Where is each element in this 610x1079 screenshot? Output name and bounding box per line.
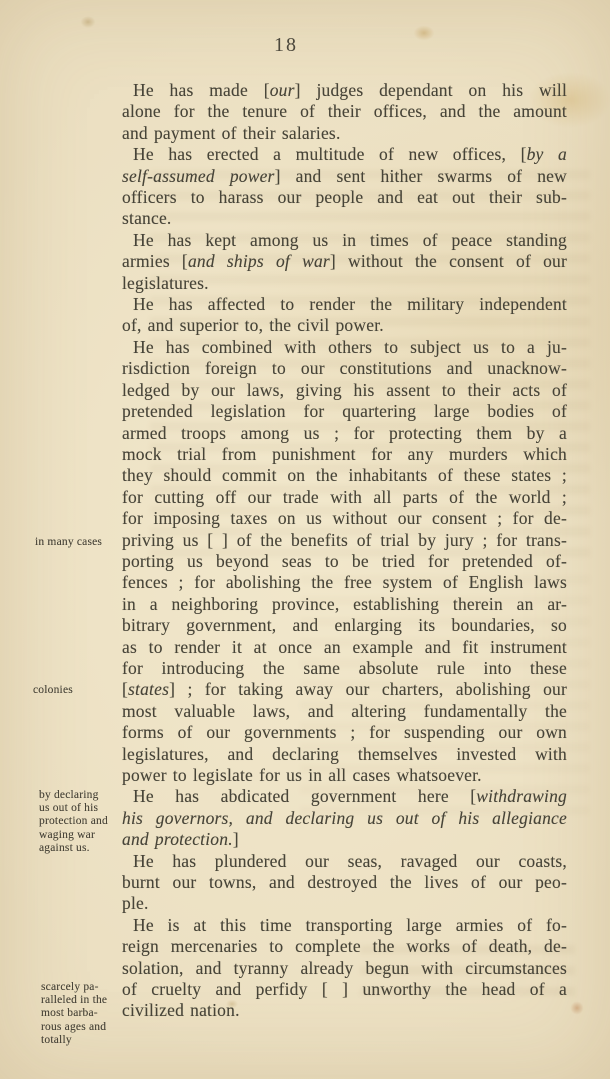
text-line: burnt our towns, and destroyed the lives… bbox=[122, 872, 567, 893]
margin-note-line: most barba- bbox=[41, 1007, 133, 1020]
text-line: power to legislate for us in all cases w… bbox=[122, 765, 567, 786]
text-line: mock trial from punishment for any murde… bbox=[122, 444, 567, 465]
text-line: civilized nation. bbox=[122, 1000, 567, 1021]
paragraph: He has made [our] judges dependant on hi… bbox=[122, 80, 567, 144]
margin-note-line: waging war bbox=[39, 829, 131, 842]
margin-note-line: in many cases bbox=[35, 536, 127, 549]
text-line: He has affected to render the military i… bbox=[122, 294, 567, 315]
scanned-book-page-screenshot: { "page": { "number": "18" }, "colors": … bbox=[0, 0, 610, 1079]
text-line: reign mercenaries to complete the works … bbox=[122, 936, 567, 957]
paragraph: He has combined with others to subject u… bbox=[122, 337, 567, 787]
text-line: stance. bbox=[122, 208, 567, 229]
paragraph: He has erected a multitude of new office… bbox=[122, 144, 567, 230]
text-line: self-assumed power] and sent hither swar… bbox=[122, 166, 567, 187]
margin-note-line: colonies bbox=[33, 684, 125, 697]
text-line: for introducing the same absolute rule i… bbox=[122, 658, 567, 679]
paragraph: He has abdicated government here [withdr… bbox=[122, 786, 567, 850]
paragraph: He is at this time transporting large ar… bbox=[122, 915, 567, 1022]
paragraph: He has affected to render the military i… bbox=[122, 294, 567, 337]
text-line: He has plundered our seas, ravaged our c… bbox=[122, 851, 567, 872]
text-line: armed troops among us ; for protecting t… bbox=[122, 423, 567, 444]
text-line: they should commit on the inhabitants of… bbox=[122, 465, 567, 486]
margin-note-line: totally bbox=[41, 1034, 133, 1047]
margin-note: in many cases bbox=[35, 536, 127, 549]
text-line: his governors, and declaring us out of h… bbox=[122, 808, 567, 829]
text-line: bitrary government, and enlarging its bo… bbox=[122, 615, 567, 636]
text-line: pretended legislation for quartering lar… bbox=[122, 401, 567, 422]
text-line: He has made [our] judges dependant on hi… bbox=[122, 80, 567, 101]
text-line: alone for the tenure of their offices, a… bbox=[122, 101, 567, 122]
margin-note-line: by declaring bbox=[39, 789, 131, 802]
text-line: solation, and tyranny already begun with… bbox=[122, 958, 567, 979]
paragraph: He has plundered our seas, ravaged our c… bbox=[122, 851, 567, 915]
text-line: He has combined with others to subject u… bbox=[122, 337, 567, 358]
text-line: most valuable laws, and altering fundame… bbox=[122, 701, 567, 722]
text-line: priving us [ ] of the benefits of trial … bbox=[122, 530, 567, 551]
text-line: He has kept among us in times of peace s… bbox=[122, 230, 567, 251]
text-line: legislatures, and declaring themselves i… bbox=[122, 744, 567, 765]
text-line: legislatures. bbox=[122, 273, 567, 294]
text-line: armies [and ships of war] without the co… bbox=[122, 251, 567, 272]
margin-note-line: scarcely pa- bbox=[41, 981, 133, 994]
text-line: forms of our governments ; for suspendin… bbox=[122, 722, 567, 743]
text-line: officers to harass our people and eat ou… bbox=[122, 187, 567, 208]
text-line: risdiction foreign to our constitutions … bbox=[122, 358, 567, 379]
book-page: 18 in many casescoloniesby declaringus o… bbox=[0, 0, 610, 1079]
text-line: and payment of their salaries. bbox=[122, 123, 567, 144]
text-line: of, and superior to, the civil power. bbox=[122, 315, 567, 336]
body-text-column: He has made [our] judges dependant on hi… bbox=[122, 80, 567, 1022]
margin-note-line: against us. bbox=[39, 842, 131, 855]
margin-notes-column: in many casescoloniesby declaringus out … bbox=[0, 0, 122, 1079]
text-line: in a neighboring province, establishing … bbox=[122, 594, 567, 615]
margin-note-line: protection and bbox=[39, 815, 131, 828]
text-line: porting us beyond seas to be tried for p… bbox=[122, 551, 567, 572]
paragraph: He has kept among us in times of peace s… bbox=[122, 230, 567, 294]
margin-note: colonies bbox=[33, 684, 125, 697]
text-line: for cutting off our trade with all parts… bbox=[122, 487, 567, 508]
text-line: [states] ; for taking away our charters,… bbox=[122, 679, 567, 700]
text-line: and protection.] bbox=[122, 829, 567, 850]
text-line: as to render it at once an example and f… bbox=[122, 637, 567, 658]
text-line: fences ; for abolishing the free system … bbox=[122, 572, 567, 593]
text-line: ledged by our laws, giving his assent to… bbox=[122, 380, 567, 401]
margin-note-line: ralleled in the bbox=[41, 994, 133, 1007]
margin-note-line: rous ages and bbox=[41, 1021, 133, 1034]
text-line: of cruelty and perfidy [ ] unworthy the … bbox=[122, 979, 567, 1000]
text-line: He has erected a multitude of new office… bbox=[122, 144, 567, 165]
text-line: He is at this time transporting large ar… bbox=[122, 915, 567, 936]
margin-note: by declaringus out of hisprotection andw… bbox=[39, 789, 131, 855]
text-line: for imposing taxes on us without our con… bbox=[122, 508, 567, 529]
text-line: ple. bbox=[122, 893, 567, 914]
margin-note-line: us out of his bbox=[39, 802, 131, 815]
margin-note: scarcely pa-ralleled in themost barba-ro… bbox=[41, 981, 133, 1047]
text-line: He has abdicated government here [withdr… bbox=[122, 786, 567, 807]
page-number: 18 bbox=[274, 34, 298, 57]
